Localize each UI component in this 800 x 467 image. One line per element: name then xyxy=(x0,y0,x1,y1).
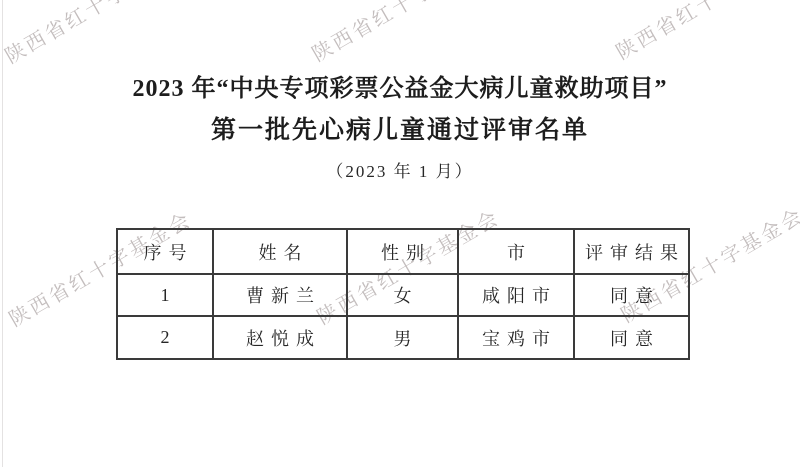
table-header-cell-index: 序号 xyxy=(117,229,213,274)
table-header-row: 序号 姓名 性别 市 评审结果 xyxy=(117,229,689,274)
watermark-text: 陕西省红十字基金会 xyxy=(610,0,800,65)
table-cell-name: 曹新兰 xyxy=(213,274,347,316)
table-cell-city: 咸阳市 xyxy=(458,274,574,316)
table-header-cell-gender: 性别 xyxy=(347,229,458,274)
table-header-cell-name: 姓名 xyxy=(213,229,347,274)
table-cell-index: 1 xyxy=(117,274,213,316)
document-date-line: （2023 年 1 月） xyxy=(0,157,800,182)
watermark-text: 陕西省红十字基金会 xyxy=(0,0,193,69)
table-cell-gender: 男 xyxy=(347,316,458,359)
table-cell-index: 2 xyxy=(117,316,213,359)
document-page: 陕西省红十字基金会 陕西省红十字基金会 陕西省红十字基金会 陕西省红十字基金会 … xyxy=(0,0,800,467)
table-cell-result: 同意 xyxy=(574,316,689,359)
table-row: 1 曹新兰 女 咸阳市 同意 xyxy=(117,274,689,316)
table-header-cell-city: 市 xyxy=(458,229,574,274)
document-title-line1: 2023 年“中央专项彩票公益金大病儿童救助项目” xyxy=(0,68,800,103)
table-header-cell-result: 评审结果 xyxy=(574,229,689,274)
table-cell-name: 赵悦成 xyxy=(213,316,347,359)
table-cell-city: 宝鸡市 xyxy=(458,316,574,359)
table-cell-result: 同意 xyxy=(574,274,689,316)
watermark-text: 陕西省红十字基金会 xyxy=(306,0,500,67)
document-title-line2: 第一批先心病儿童通过评审名单 xyxy=(0,110,800,146)
review-table: 序号 姓名 性别 市 评审结果 1 曹新兰 女 咸阳市 同意 2 赵悦成 男 宝… xyxy=(116,228,690,360)
table-cell-gender: 女 xyxy=(347,274,458,316)
table-row: 2 赵悦成 男 宝鸡市 同意 xyxy=(117,316,689,359)
